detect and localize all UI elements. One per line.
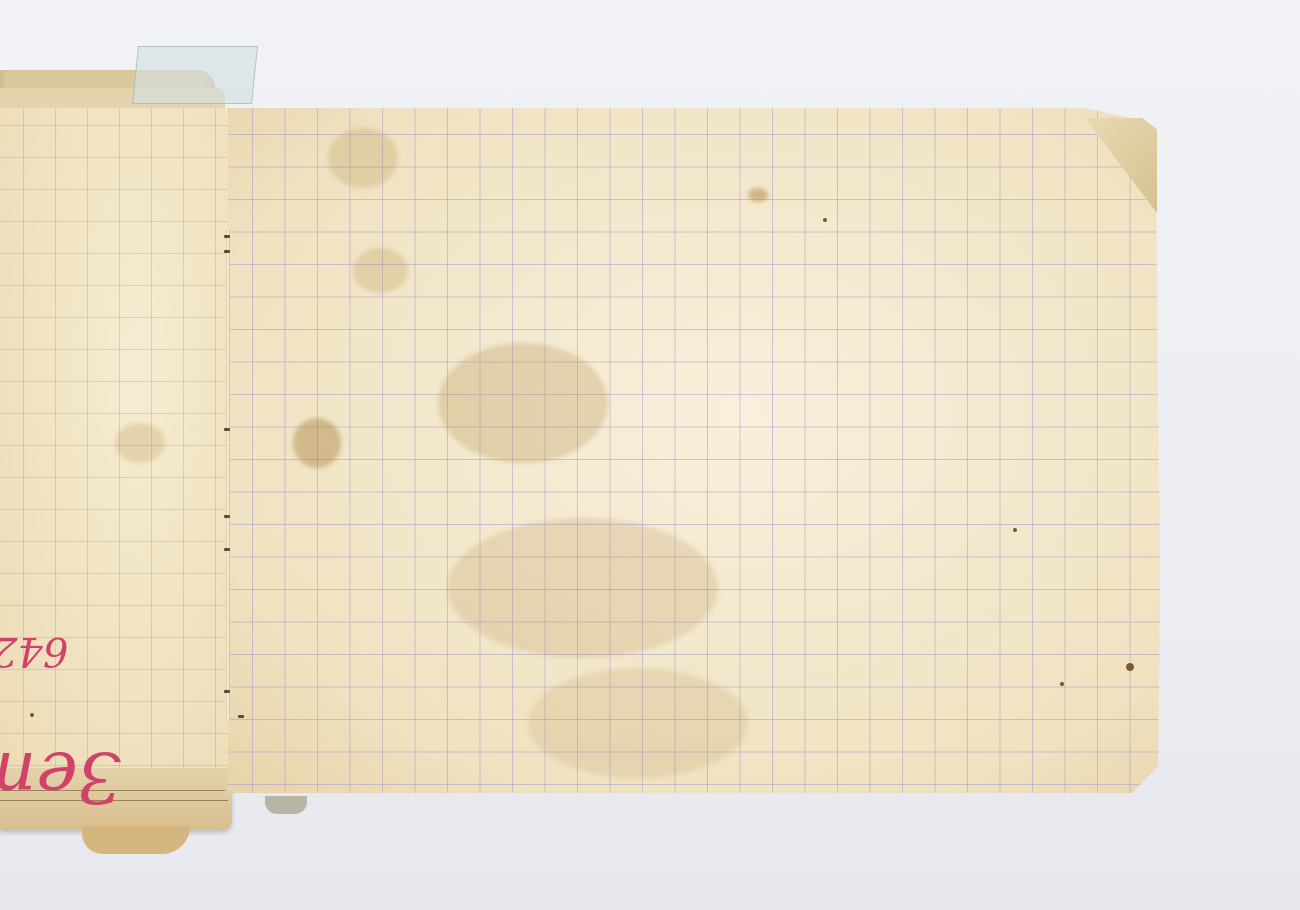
left-notebook-page: 642 Зеm	[0, 108, 229, 768]
stain	[353, 248, 408, 293]
stitch	[224, 428, 230, 431]
torn-page-tab	[82, 826, 190, 854]
torn-page-tab-small	[265, 796, 307, 814]
stain	[115, 423, 165, 463]
ink-speck	[1060, 682, 1064, 686]
stitch	[224, 515, 230, 518]
ink-speck	[30, 713, 34, 717]
binding-spine	[226, 230, 230, 720]
right-notebook-page	[228, 108, 1160, 793]
stitch	[224, 250, 230, 253]
ink-speck	[823, 218, 827, 222]
stitch	[224, 235, 230, 238]
handwritten-number: 642	[0, 628, 68, 674]
water-stain-round	[293, 418, 341, 468]
stitch	[238, 715, 244, 718]
water-stain-bottom	[528, 668, 748, 778]
small-stain	[748, 188, 768, 202]
ink-speck	[1013, 528, 1017, 532]
water-stain-lower	[448, 518, 718, 658]
stain	[328, 128, 398, 188]
adhesive-tape	[132, 46, 258, 104]
stitch	[224, 690, 230, 693]
ink-speck	[1126, 663, 1134, 671]
water-stain-large	[438, 343, 608, 463]
handwritten-word: Зеm	[0, 736, 121, 818]
stitch	[224, 548, 230, 551]
